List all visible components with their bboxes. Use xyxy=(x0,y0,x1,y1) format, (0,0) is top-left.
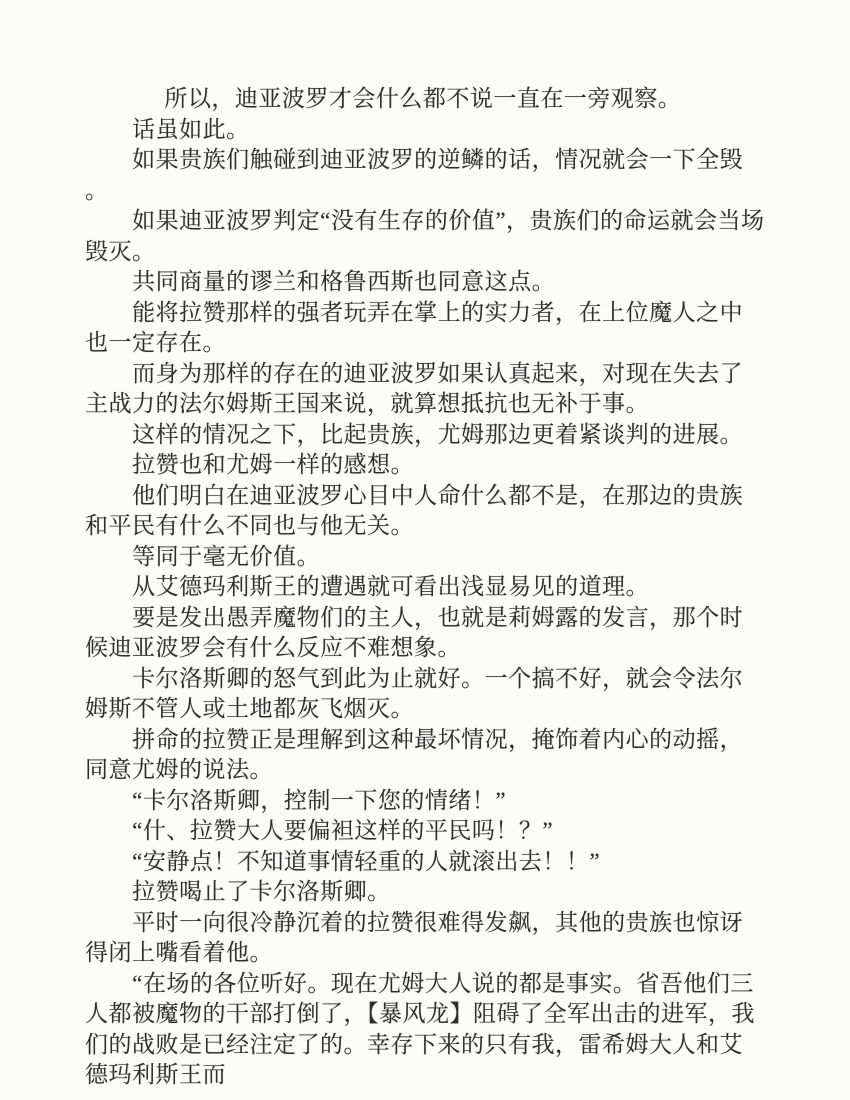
dialogue-paragraph: “什、拉赞大人要偏袒这样的平民吗！？” xyxy=(85,816,766,847)
paragraph: 共同商量的谬兰和格鲁西斯也同意这点。 xyxy=(85,267,766,298)
paragraph: 能将拉赞那样的强者玩弄在掌上的实力者，在上位魔人之中也一定存在。 xyxy=(85,298,766,359)
paragraph: 而身为那样的存在的迪亚波罗如果认真起来，对现在失去了主战力的法尔姆斯王国来说，就… xyxy=(85,359,766,420)
paragraph: 这样的情况之下，比起贵族，尤姆那边更着紧谈判的进展。 xyxy=(85,420,766,451)
paragraph: 拉赞喝止了卡尔洛斯卿。 xyxy=(85,877,766,908)
paragraph: 从艾德玛利斯王的遭遇就可看出浅显易见的道理。 xyxy=(85,572,766,603)
dialogue-paragraph: “卡尔洛斯卿，控制一下您的情绪！” xyxy=(85,786,766,817)
paragraph: 他们明白在迪亚波罗心目中人命什么都不是，在那边的贵族和平民有什么不同也与他无关。 xyxy=(85,481,766,542)
paragraph: 所以，迪亚波罗才会什么都不说一直在一旁观察。 xyxy=(85,84,766,115)
paragraph: 如果贵族们触碰到迪亚波罗的逆鳞的话，情况就会一下全毁。 xyxy=(85,145,766,206)
dialogue-paragraph: “在场的各位听好。现在尤姆大人说的都是事实。省吾他们三人都被魔物的干部打倒了，【… xyxy=(85,969,766,1091)
paragraph: 话虽如此。 xyxy=(85,115,766,146)
dialogue-paragraph: “安静点！不知道事情轻重的人就滚出去！！” xyxy=(85,847,766,878)
paragraph: 拉赞也和尤姆一样的感想。 xyxy=(85,450,766,481)
paragraph: 如果迪亚波罗判定“没有生存的价值”，贵族们的命运就会当场毁灭。 xyxy=(85,206,766,267)
paragraph: 拼命的拉赞正是理解到这种最坏情况，掩饰着内心的动摇，同意尤姆的说法。 xyxy=(85,725,766,786)
paragraph: 卡尔洛斯卿的怒气到此为止就好。一个搞不好，就会令法尔姆斯不管人或土地都灰飞烟灭。 xyxy=(85,664,766,725)
novel-page: 所以，迪亚波罗才会什么都不说一直在一旁观察。 话虽如此。 如果贵族们触碰到迪亚波… xyxy=(0,0,850,1100)
paragraph: 平时一向很冷静沉着的拉赞很难得发飙，其他的贵族也惊讶得闭上嘴看着他。 xyxy=(85,908,766,969)
paragraph: 等同于毫无价值。 xyxy=(85,542,766,573)
paragraph: 要是发出愚弄魔物们的主人，也就是莉姆露的发言，那个时候迪亚波罗会有什么反应不难想… xyxy=(85,603,766,664)
